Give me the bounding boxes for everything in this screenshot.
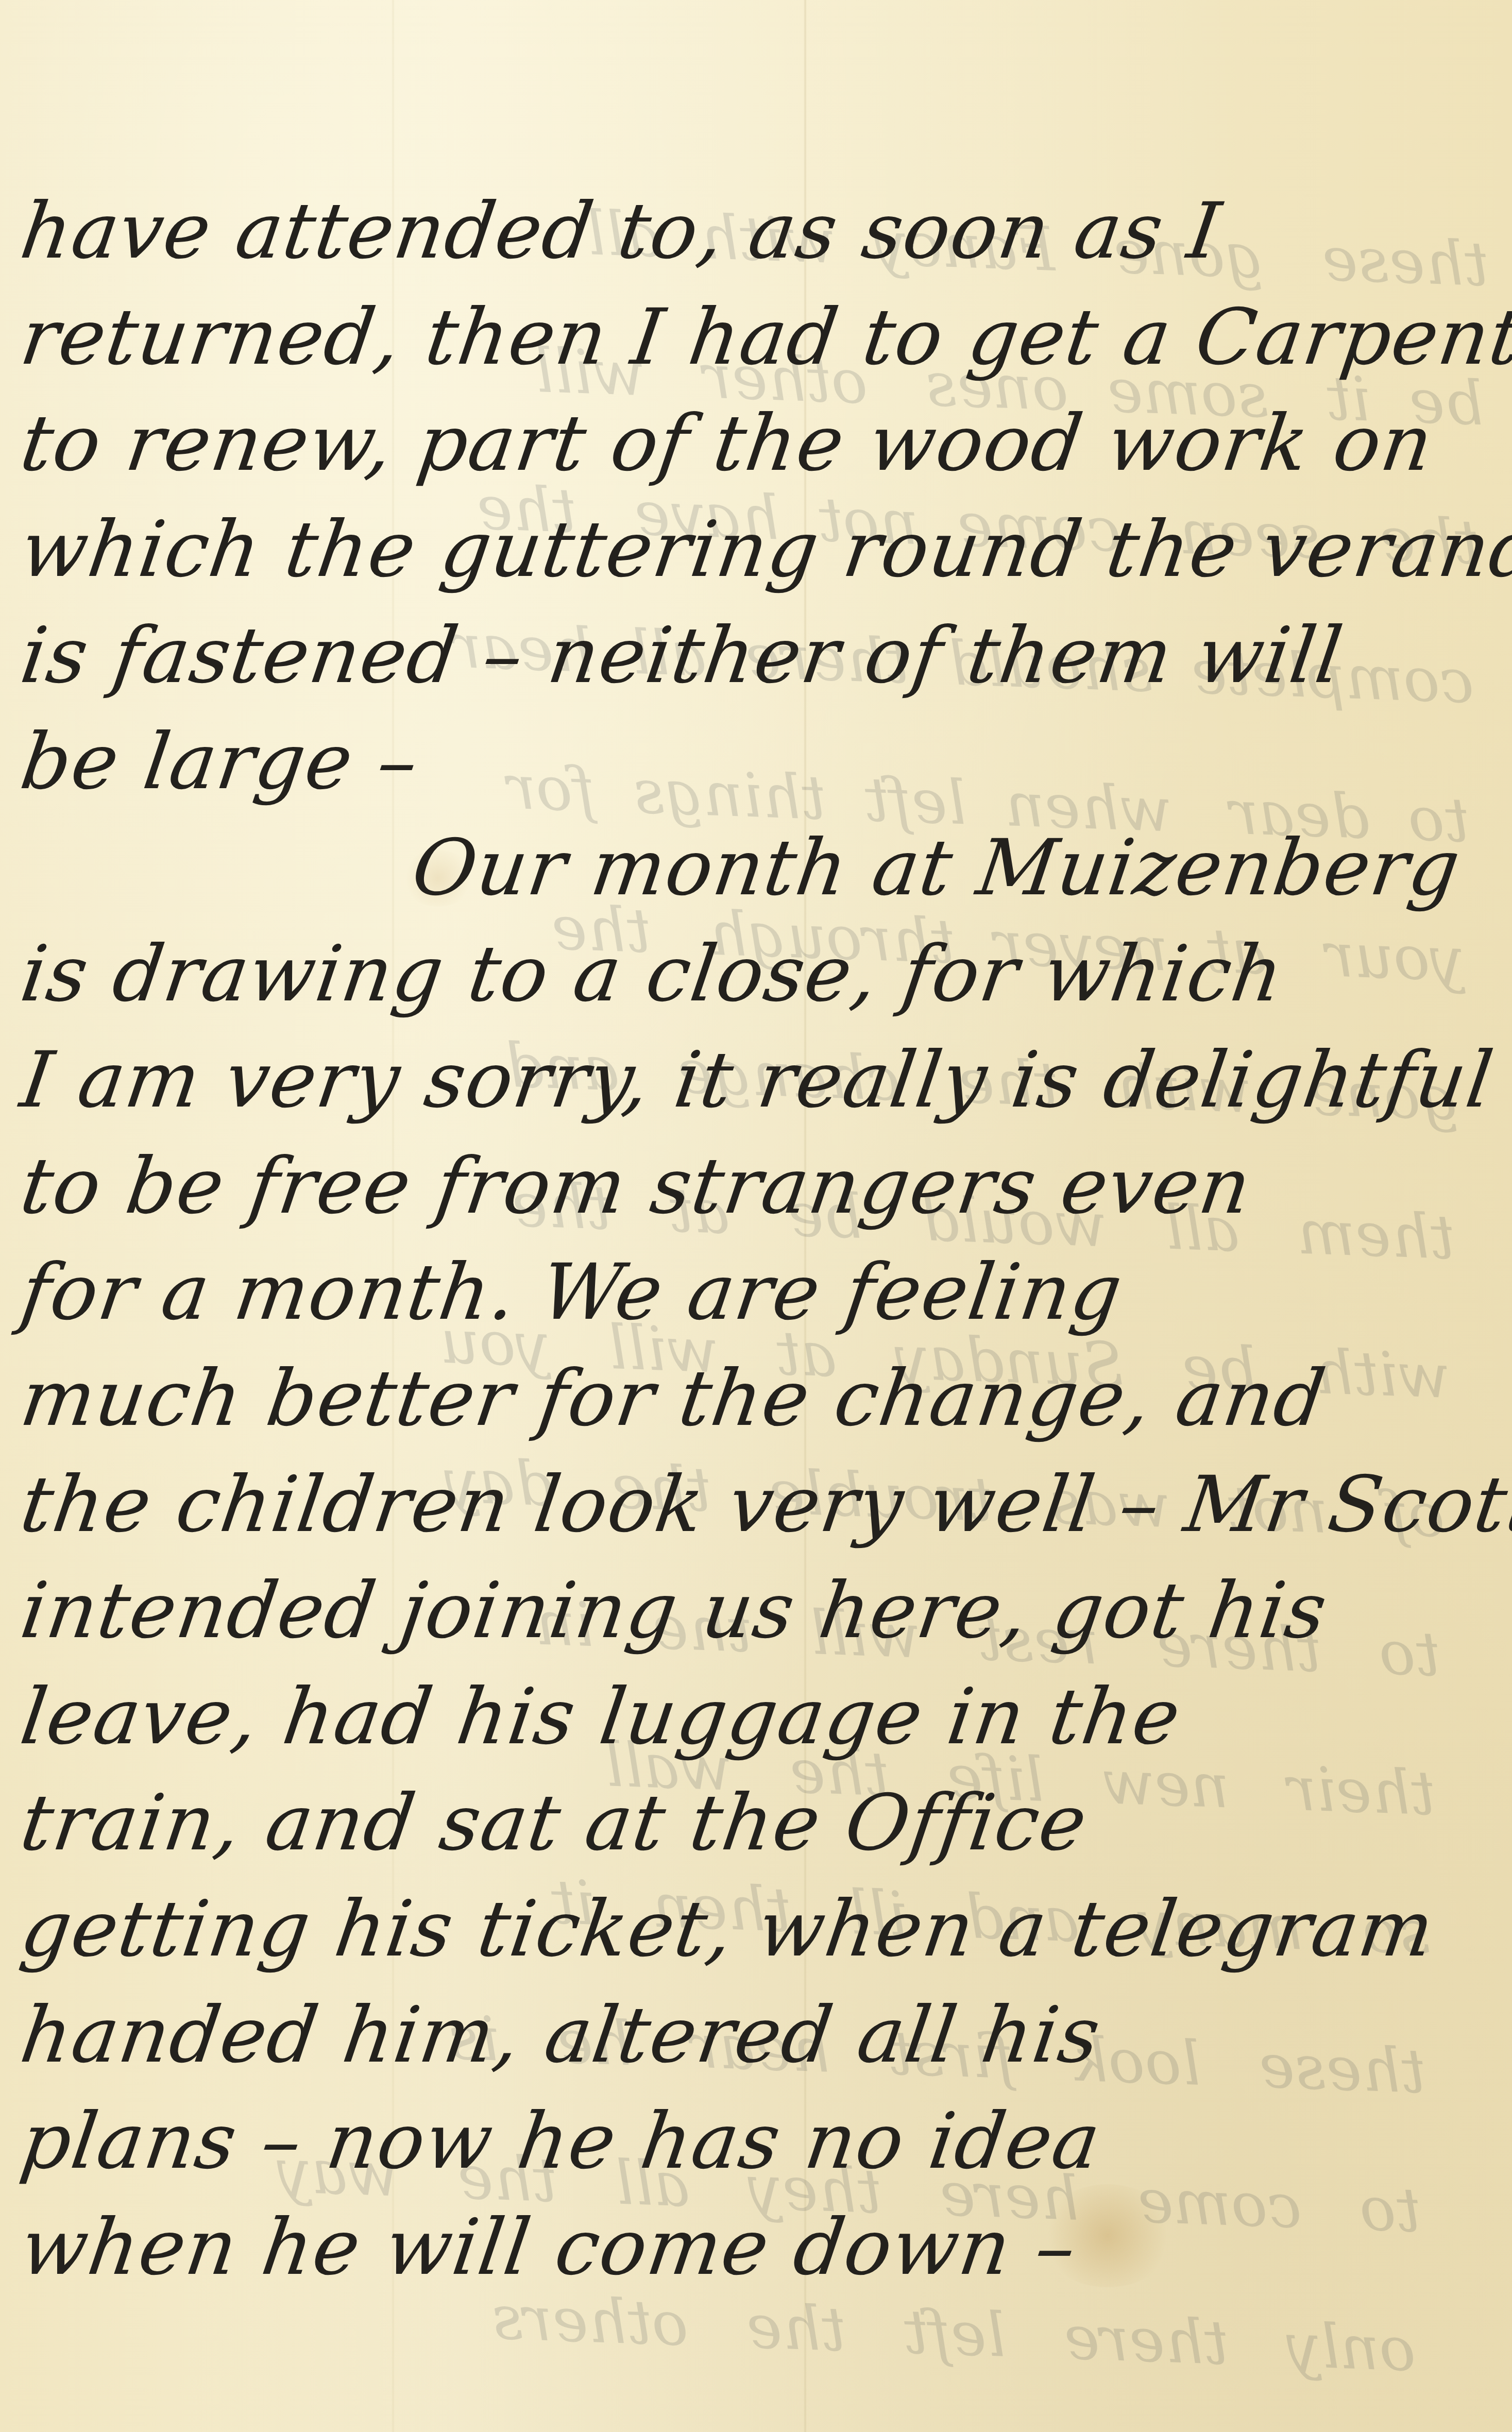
letter-line: when he will come down – xyxy=(15,2186,1512,2292)
line-text: much better for the change, and xyxy=(15,1354,1332,1443)
letter-line: returned, then I had to get a Carpenter xyxy=(15,276,1512,382)
letter-line: leave, had his luggage in the xyxy=(15,1656,1512,1762)
letter-line-paragraph-start: Our month at Muizenberg xyxy=(15,807,1512,913)
letter-line: have attended to, as soon as I xyxy=(15,170,1512,276)
line-text: have attended to, as soon as I xyxy=(15,186,1227,276)
letter-line: I am very sorry, it really is delightful xyxy=(15,1019,1512,1125)
line-text: Our month at Muizenberg xyxy=(407,823,1466,913)
line-text: returned, then I had to get a Carpenter xyxy=(15,293,1512,382)
line-text: for a month. We are feeling xyxy=(15,1248,1128,1337)
line-text: getting his ticket, when a telegram xyxy=(15,1884,1440,1974)
line-text: handed him, altered all his xyxy=(15,1991,1106,2080)
letter-line: plans – now he has no idea xyxy=(15,2080,1512,2186)
letter-line: much better for the change, and xyxy=(15,1337,1512,1443)
letter-line: getting his ticket, when a telegram xyxy=(15,1868,1512,1974)
letter-line: handed him, altered all his xyxy=(15,1974,1512,2080)
letter-line: is drawing to a close, for which xyxy=(15,913,1512,1019)
letter-body: have attended to, as soon as I returned,… xyxy=(15,170,1499,2292)
line-text: to renew, part of the wood work on xyxy=(15,399,1439,488)
line-text: is drawing to a close, for which xyxy=(15,929,1289,1019)
letter-line: intended joining us here, got his xyxy=(15,1550,1512,1656)
line-text: be large – xyxy=(15,717,424,807)
line-text: leave, had his luggage in the xyxy=(15,1672,1186,1762)
line-text: plans – now he has no idea xyxy=(15,2097,1106,2186)
line-text: the children look very well – Mr Scott xyxy=(15,1460,1512,1550)
line-text: train, and sat at the Office xyxy=(15,1778,1093,1868)
line-text: which the guttering round the verandah xyxy=(15,505,1512,594)
letter-line: which the guttering round the verandah xyxy=(15,488,1512,594)
line-text: is fastened – neither of them will xyxy=(15,611,1349,701)
line-text: to be free from strangers even xyxy=(15,1142,1257,1231)
letter-line: the children look very well – Mr Scott xyxy=(15,1443,1512,1550)
letter-line: is fastened – neither of them will xyxy=(15,594,1512,701)
letter-line: to renew, part of the wood work on xyxy=(15,382,1512,488)
line-text: I am very sorry, it really is delightful xyxy=(15,1035,1499,1125)
letter-line: to be free from strangers even xyxy=(15,1125,1512,1231)
letter-line: train, and sat at the Office xyxy=(15,1762,1512,1868)
line-text: intended joining us here, got his xyxy=(15,1566,1333,1656)
line-text: when he will come down – xyxy=(15,2203,1082,2292)
letter-line: be large – xyxy=(15,701,1512,807)
letter-line: for a month. We are feeling xyxy=(15,1231,1512,1337)
